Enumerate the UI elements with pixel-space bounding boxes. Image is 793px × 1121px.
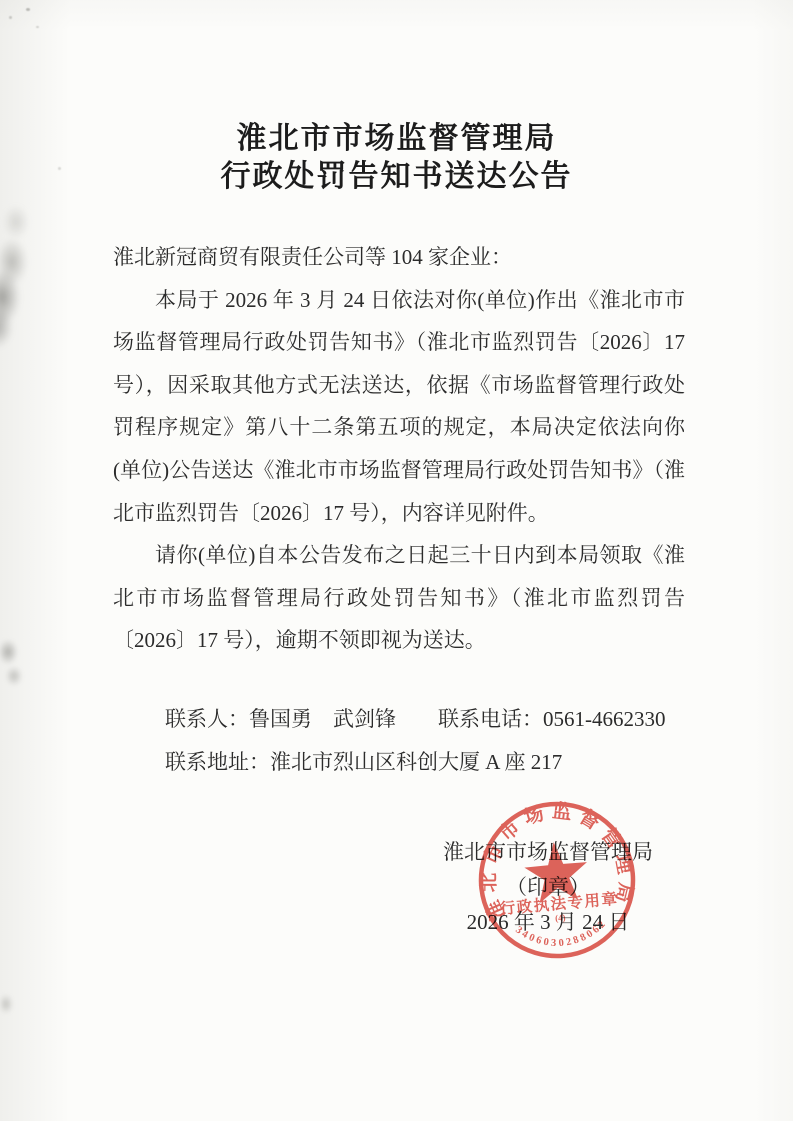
- scanned-document-page: 淮北市市场监督管理局 行政处罚告知书送达公告 淮北新冠商贸有限责任公司等 104…: [0, 0, 793, 1121]
- signature-block: 淮北市市场监督管理局 （印章） 2026 年 3 月 24 日: [443, 835, 653, 940]
- signature-org: 淮北市市场监督管理局: [443, 835, 653, 870]
- document-title-line1: 淮北市市场监督管理局: [0, 120, 793, 158]
- contact-address-line: 联系地址：淮北市烈山区科创大厦 A 座 217: [165, 741, 685, 784]
- scan-smudge-left-low: [0, 988, 20, 1022]
- signature-seal-note: （印章）: [506, 870, 590, 905]
- document-title: 淮北市市场监督管理局 行政处罚告知书送达公告: [0, 0, 793, 196]
- body-paragraph-2: 请你(单位)自本公告发布之日起三十日内到本局领取《淮北市市场监督管理局行政处罚告…: [113, 534, 685, 662]
- addressee-line: 淮北新冠商贸有限责任公司等 104 家企业：: [113, 236, 685, 279]
- document-body: 淮北新冠商贸有限责任公司等 104 家企业： 本局于 2026 年 3 月 24…: [113, 236, 685, 662]
- contact-block: 联系人：鲁国勇 武剑锋 联系电话：0561-4662330 联系地址：淮北市烈山…: [113, 698, 685, 783]
- document-title-line2: 行政处罚告知书送达公告: [0, 158, 793, 196]
- contact-person-line: 联系人：鲁国勇 武剑锋 联系电话：0561-4662330: [165, 698, 685, 741]
- body-paragraph-1: 本局于 2026 年 3 月 24 日依法对你(单位)作出《淮北市市场监督管理局…: [113, 279, 685, 535]
- signature-date: 2026 年 3 月 24 日: [467, 905, 630, 940]
